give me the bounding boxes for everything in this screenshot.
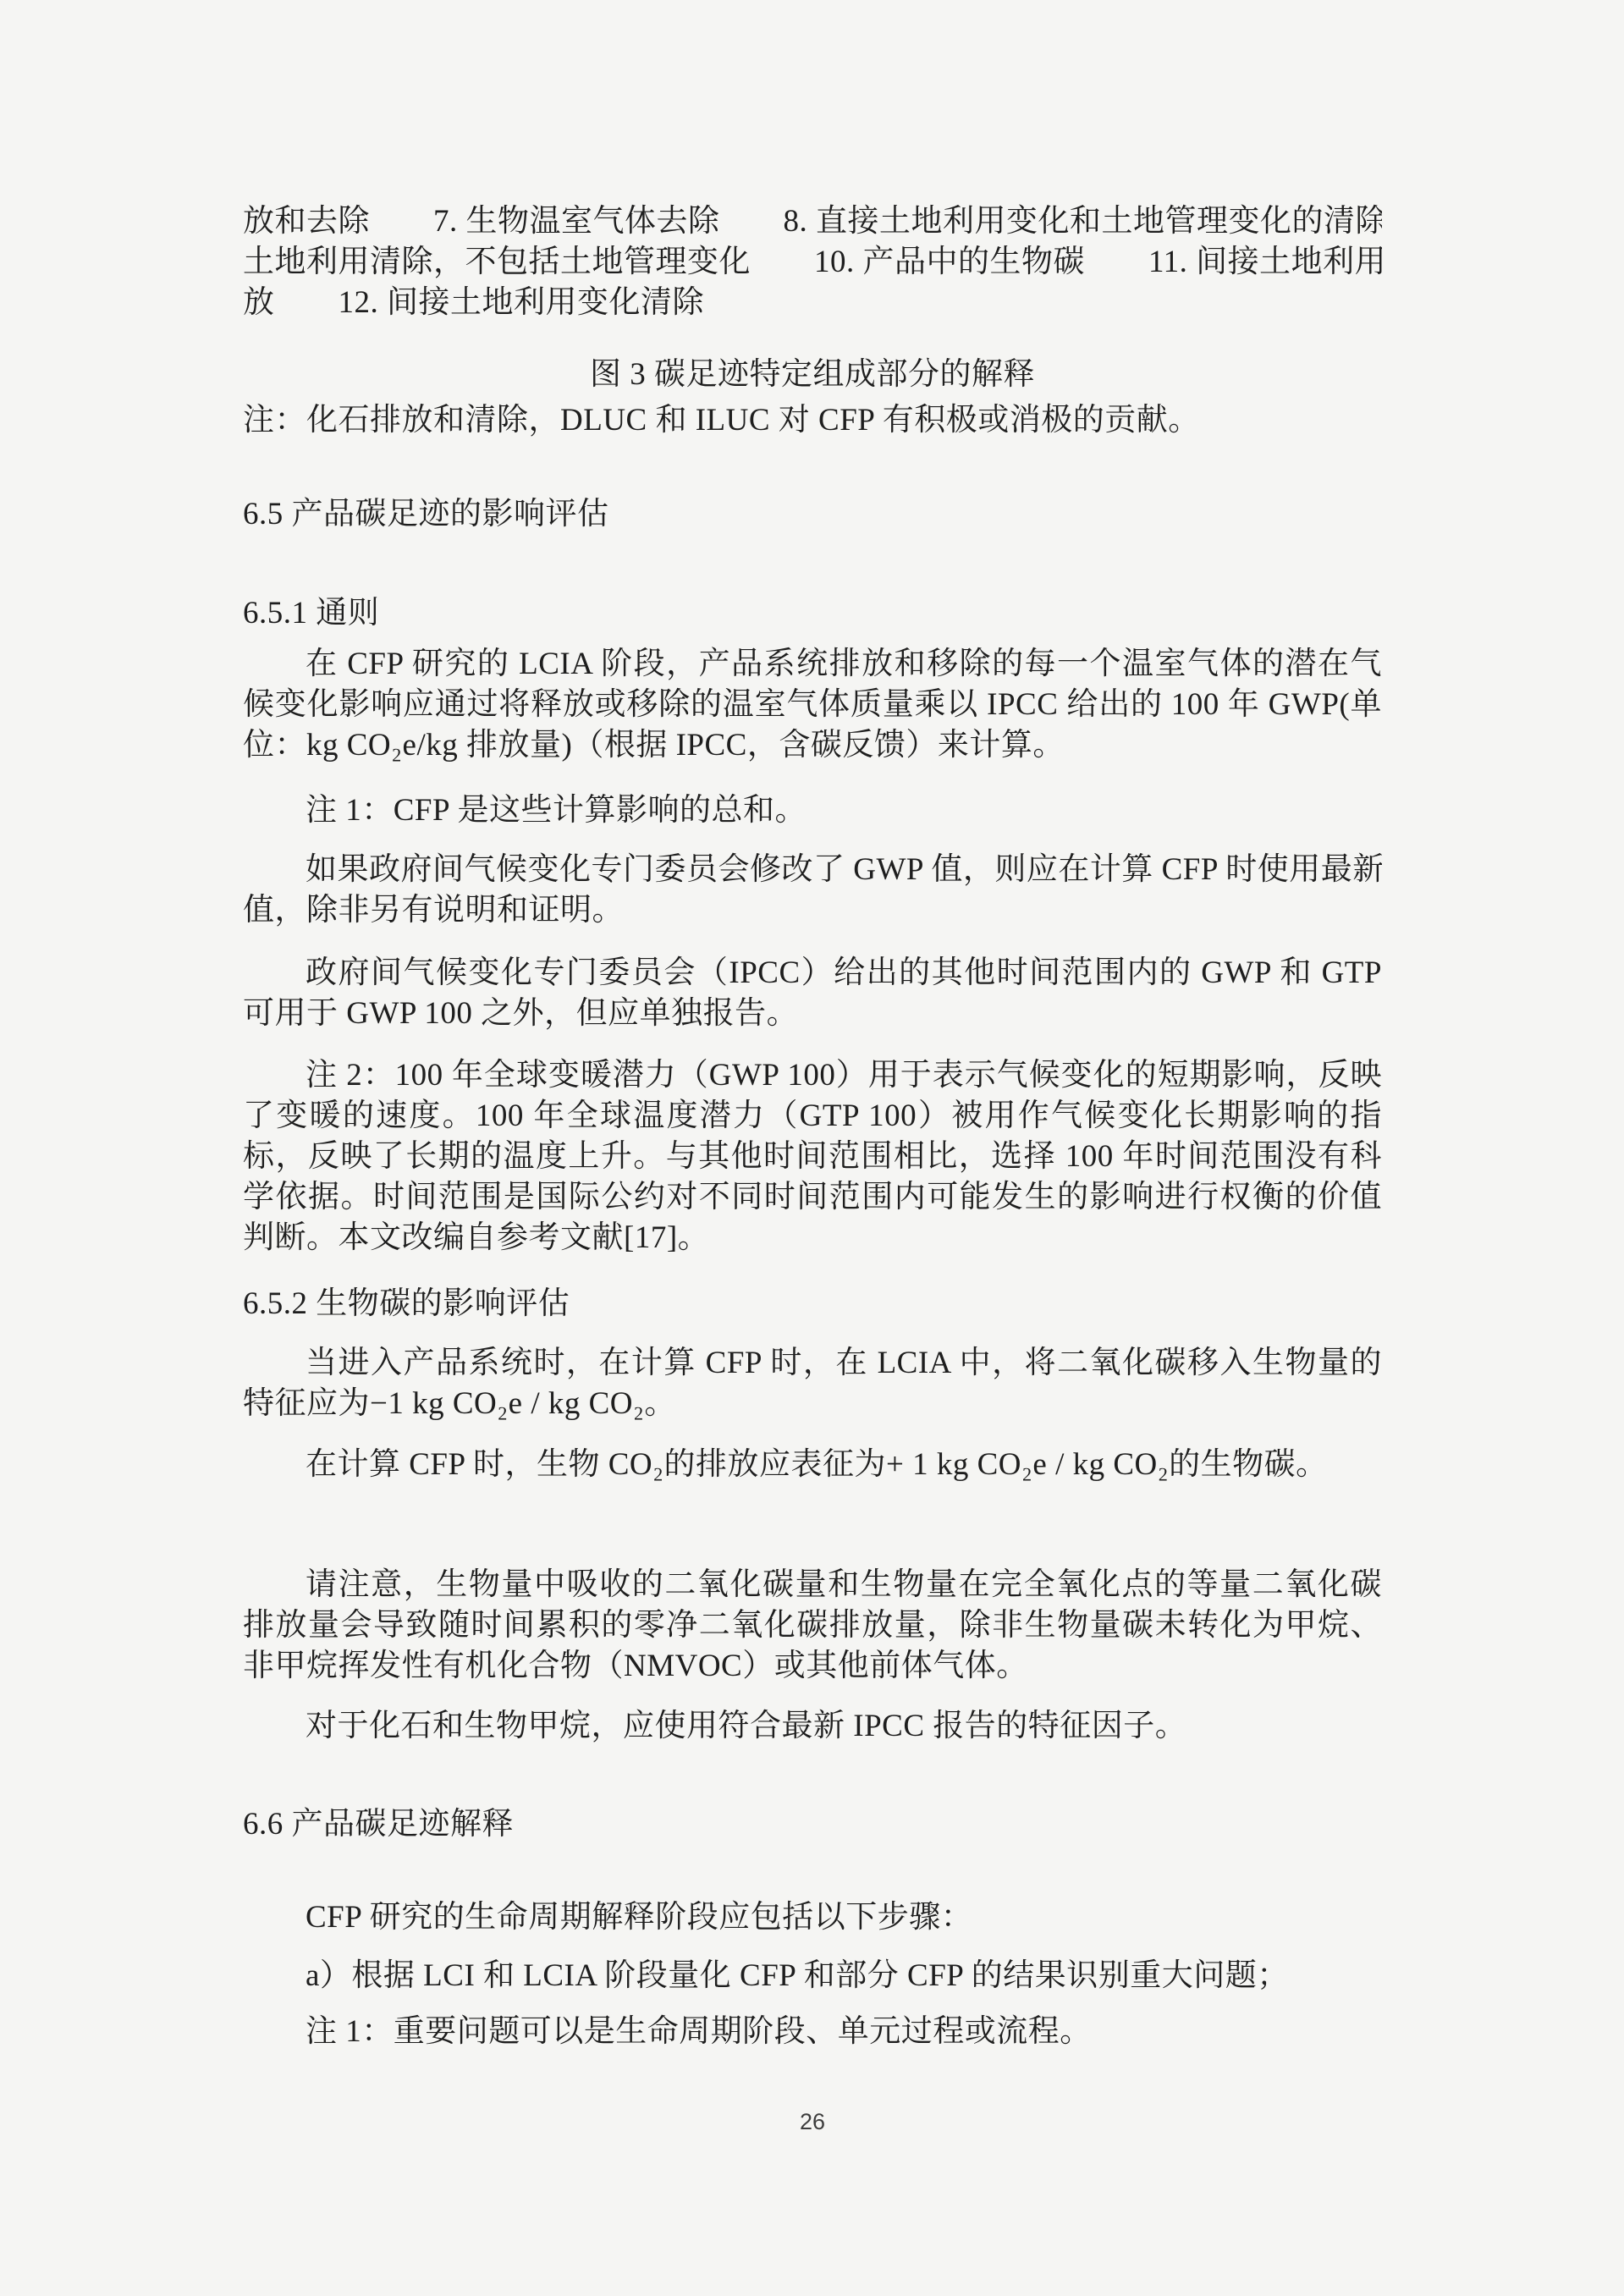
para-lcia-gwp-calculation: 在 CFP 研究的 LCIA 阶段，产品系统排放和移除的每一个温室气体的潜在气候… [243, 644, 1382, 766]
page-number: 26 [243, 2107, 1382, 2136]
figure3-note: 注：化石排放和清除，DLUC 和 ILUC 对 CFP 有积极或消极的贡献。 [243, 400, 1382, 441]
text-line: 非甲烷挥发性有机化合物（NMVOC）或其他前体气体。 [243, 1646, 1382, 1687]
text-line: 如果政府间气候变化专门委员会修改了 GWP 值，则应在计算 CFP 时使用最新 [243, 850, 1382, 890]
text-line: 排放量会导致随时间累积的零净二氧化碳排放量，除非生物量碳未转化为甲烷、 [243, 1605, 1382, 1646]
figure3-legend-continuation: 放和去除 7. 生物温室气体去除 8. 直接土地利用变化和土地管理变化的清除 9… [243, 201, 1382, 323]
para-biomass-net-zero: 请注意，生物量中吸收的二氧化碳量和生物量在完全氧化点的等量二氧化碳排放量会导致随… [243, 1565, 1382, 1687]
heading-6-5: 6.5 产品碳足迹的影响评估 [243, 494, 1382, 535]
document-page: 放和去除 7. 生物温室气体去除 8. 直接土地利用变化和土地管理变化的清除 9… [0, 0, 1624, 2296]
text-line: 学依据。时间范围是国际公约对不同时间范围内可能发生的影响进行权衡的价值 [243, 1177, 1382, 1218]
text-line: 标，反映了长期的温度上升。与其他时间范围相比，选择 100 年时间范围没有科 [243, 1137, 1382, 1177]
para-ipcc-other-timeframes: 政府间气候变化专门委员会（IPCC）给出的其他时间范围内的 GWP 和 GTP可… [243, 953, 1382, 1034]
heading-6-6: 6.6 产品碳足迹解释 [243, 1804, 1382, 1845]
text-line: 可用于 GWP 100 之外，但应单独报告。 [243, 994, 1382, 1034]
text-line: 值，除非另有说明和证明。 [243, 890, 1382, 931]
para-methane-factors: 对于化石和生物甲烷，应使用符合最新 IPCC 报告的特征因子。 [243, 1706, 1382, 1747]
para-interpretation-intro: CFP 研究的生命周期解释阶段应包括以下步骤： [243, 1897, 1382, 1938]
para-gwp-update: 如果政府间气候变化专门委员会修改了 GWP 值，则应在计算 CFP 时使用最新值… [243, 850, 1382, 931]
figure3-caption: 图 3 碳足迹特定组成部分的解释 [243, 355, 1382, 395]
text-line: 位：kg CO₂e/kg 排放量)（根据 IPCC，含碳反馈）来计算。 [243, 725, 1382, 766]
para-biogenic-uptake: 当进入产品系统时，在计算 CFP 时，在 LCIA 中，将二氧化碳移入生物量的特… [243, 1343, 1382, 1424]
text-line: 候变化影响应通过将释放或移除的温室气体质量乘以 IPCC 给出的 100 年 G… [243, 685, 1382, 725]
heading-6-5-2: 6.5.2 生物碳的影响评估 [243, 1284, 1382, 1324]
para-step-a: a）根据 LCI 和 LCIA 阶段量化 CFP 和部分 CFP 的结果识别重大… [243, 1956, 1382, 1996]
text-line: 请注意，生物量中吸收的二氧化碳量和生物量在完全氧化点的等量二氧化碳 [243, 1565, 1382, 1605]
note2-gwp100-gtp100: 注 2：100 年全球变暖潜力（GWP 100）用于表示气候变化的短期影响，反映… [243, 1055, 1382, 1258]
text-line: 了变暖的速度。100 年全球温度潜力（GTP 100）被用作气候变化长期影响的指 [243, 1096, 1382, 1137]
note1-cfp-sum: 注 1：CFP 是这些计算影响的总和。 [243, 790, 1382, 831]
text-line: 在 CFP 研究的 LCIA 阶段，产品系统排放和移除的每一个温室气体的潜在气 [243, 644, 1382, 685]
text-line: 当进入产品系统时，在计算 CFP 时，在 LCIA 中，将二氧化碳移入生物量的 [243, 1343, 1382, 1384]
text-line: 特征应为−1 kg CO₂e / kg CO₂。 [243, 1384, 1382, 1424]
note1-significant-issues: 注 1：重要问题可以是生命周期阶段、单元过程或流程。 [243, 2012, 1382, 2052]
para-biogenic-emission: 在计算 CFP 时，生物 CO₂的排放应表征为+ 1 kg CO₂e / kg … [243, 1445, 1382, 1485]
heading-6-5-1: 6.5.1 通则 [243, 593, 1382, 634]
page-content: 放和去除 7. 生物温室气体去除 8. 直接土地利用变化和土地管理变化的清除 9… [243, 0, 1382, 2136]
text-line: 土地利用清除，不包括土地管理变化 10. 产品中的生物碳 11. 间接土地利用变… [243, 242, 1382, 283]
text-line: 政府间气候变化专门委员会（IPCC）给出的其他时间范围内的 GWP 和 GTP [243, 953, 1382, 994]
text-line: 判断。本文改编自参考文献[17]。 [243, 1218, 1382, 1258]
text-line: 放和去除 7. 生物温室气体去除 8. 直接土地利用变化和土地管理变化的清除 9… [243, 201, 1382, 242]
text-line: 注 2：100 年全球变暖潜力（GWP 100）用于表示气候变化的短期影响，反映 [243, 1055, 1382, 1096]
text-line: 放 12. 间接土地利用变化清除 [243, 283, 1382, 323]
